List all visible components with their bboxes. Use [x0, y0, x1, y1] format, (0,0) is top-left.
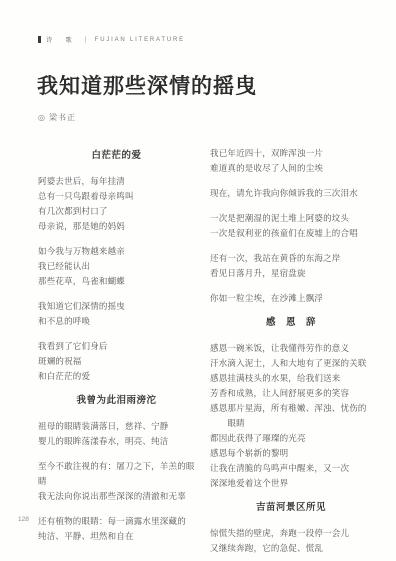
- poem-line: 现在，请允许我向你倾诉我的三次泪水: [210, 186, 372, 201]
- poem-line: 我看到了它们身后: [38, 339, 195, 354]
- poem-stanza: 惊慌失措的壁虎，奔跑一段停一会儿又继续奔跑，它的急促、慌乱: [210, 526, 372, 556]
- poem-line: 至今不敢注视的有：屠刀之下，羊羔的眼睛: [38, 459, 195, 489]
- poem-line: 我无法向你说出那些深深的清澈和无辜: [38, 489, 195, 504]
- poem-line: 眼睛: [210, 416, 372, 431]
- poem-line: 感恩一碗米饭，让我懂得劳作的意义: [210, 341, 372, 356]
- poem-line: 我已经能认出: [38, 259, 195, 274]
- poem-section-heading: 白茫茫的爱: [38, 149, 195, 164]
- poem-section-heading: 我曾为此泪雨滂沱: [38, 394, 195, 409]
- poem-section-heading: 吉苗河景区所见: [210, 501, 372, 516]
- poem-line: 祖母的眼睛装满落日，慈祥、宁静: [38, 419, 195, 434]
- poem-line: 如今我与万物越来越亲: [38, 244, 195, 259]
- poem-line: 又继续奔跑，它的急促、慌乱: [210, 541, 372, 556]
- poem-stanza: 一次是把潮湿的泥土堆上阿婆的坟头一次是叙利亚的孩童们在废墟上的合唱: [210, 211, 372, 241]
- poem-stanza: 阿婆去世后，每年挂清总有一只鸟跟着母亲鸣叫有几次都到村口了母亲说，那是她的妈妈: [38, 174, 195, 234]
- poem-line: 看见日落月升，星宿盘旋: [210, 266, 372, 281]
- running-head: 诗 歌 | FUJIAN LITERATURE: [38, 35, 185, 44]
- poem-column-left: 白茫茫的爱阿婆去世后，每年挂清总有一只鸟跟着母亲鸣叫有几次都到村口了母亲说，那是…: [38, 146, 195, 561]
- poem-line: 深深地爱着这个世界: [210, 476, 372, 491]
- author-line: ◎梁书正: [38, 112, 76, 123]
- author-name: 梁书正: [49, 113, 76, 122]
- page-title: 我知道那些深情的摇曳: [37, 70, 257, 100]
- poem-line: 还有植物的眼睛：每一滴露水里深藏的: [38, 514, 195, 529]
- poem-column-right: 我已年近四十，双眸浑浊一片难道真的是收尽了人间的尘埃现在，请允许我向你倾诉我的三…: [210, 146, 372, 561]
- poem-line: 纯洁、平静、坦然和自在: [38, 529, 195, 544]
- poem-line: 还有一次，我站在黄昏的东海之岸: [210, 251, 372, 266]
- poem-stanza: 你如一粒尘埃，在沙滩上飘浮: [210, 291, 372, 306]
- magazine-page: 诗 歌 | FUJIAN LITERATURE 我知道那些深情的摇曳 ◎梁书正 …: [0, 0, 396, 561]
- poem-line: 有几次都到村口了: [38, 204, 195, 219]
- poem-stanza: 至今不敢注视的有：屠刀之下，羊羔的眼睛我无法向你说出那些深深的清澈和无辜: [38, 459, 195, 504]
- running-head-divider: |: [85, 37, 88, 43]
- poem-line: 婴儿的眼眸荡漾春水，明亮、纯洁: [38, 434, 195, 449]
- running-head-magazine: FUJIAN LITERATURE: [95, 37, 185, 43]
- poem-line: 惊慌失措的壁虎，奔跑一段停一会儿: [210, 526, 372, 541]
- poem-line: 那些花草，鸟雀和蝴蝶: [38, 274, 195, 289]
- poem-line: 感恩挂满枝头的水果，给我们送来: [210, 371, 372, 386]
- poem-line: 阿婆去世后，每年挂清: [38, 174, 195, 189]
- poem-line: 让我在清脆的鸟鸣声中醒来，又一次: [210, 461, 372, 476]
- poem-section-heading: 感 恩 辞: [210, 316, 372, 331]
- poem-stanza: 我已年近四十，双眸浑浊一片难道真的是收尽了人间的尘埃: [210, 146, 372, 176]
- poem-stanza: 还有一次，我站在黄昏的东海之岸看见日落月升，星宿盘旋: [210, 251, 372, 281]
- poem-line: 母亲说，那是她的妈妈: [38, 219, 195, 234]
- page-number: 128: [18, 516, 29, 523]
- poem-line: 感恩每个崭新的黎明: [210, 446, 372, 461]
- poem-line: 我已年近四十，双眸浑浊一片: [210, 146, 372, 161]
- poem-stanza: 感恩一碗米饭，让我懂得劳作的意义汗水滴入泥土，人和大地有了更深的关联感恩挂满枝头…: [210, 341, 372, 491]
- poem-line: 总有一只鸟跟着母亲鸣叫: [38, 189, 195, 204]
- poem-line: 和不息的呼唤: [38, 314, 195, 329]
- poem-stanza: 我看到了它们身后斑斓的祝福和白茫茫的爱: [38, 339, 195, 384]
- poem-line: 斑斓的祝福: [38, 354, 195, 369]
- poem-line: 汗水滴入泥土，人和大地有了更深的关联: [210, 356, 372, 371]
- poem-line: 都因此获得了璀璨的光亮: [210, 431, 372, 446]
- poem-stanza: 如今我与万物越来越亲我已经能认出那些花草，鸟雀和蝴蝶: [38, 244, 195, 289]
- poem-stanza: 我知道它们深情的摇曳和不息的呼唤: [38, 299, 195, 329]
- poem-stanza: 还有植物的眼睛：每一滴露水里深藏的纯洁、平静、坦然和自在: [38, 514, 195, 544]
- poem-line: 感恩那片星海，所有稚嫩、浑浊、忧伤的: [210, 401, 372, 416]
- author-marker-icon: ◎: [38, 113, 46, 122]
- poem-columns: 白茫茫的爱阿婆去世后，每年挂清总有一只鸟跟着母亲鸣叫有几次都到村口了母亲说，那是…: [38, 146, 372, 561]
- poem-line: 难道真的是收尽了人间的尘埃: [210, 161, 372, 176]
- poem-line: 一次是叙利亚的孩童们在废墟上的合唱: [210, 226, 372, 241]
- poem-stanza: 祖母的眼睛装满落日，慈祥、宁静婴儿的眼眸荡漾春水，明亮、纯洁: [38, 419, 195, 449]
- poem-line: 和白茫茫的爱: [38, 369, 195, 384]
- poem-line: 我知道它们深情的摇曳: [38, 299, 195, 314]
- poem-stanza: 现在，请允许我向你倾诉我的三次泪水: [210, 186, 372, 201]
- running-head-category: 诗 歌: [46, 35, 78, 44]
- poem-line: 一次是把潮湿的泥土堆上阿婆的坟头: [210, 211, 372, 226]
- poem-line: 你如一粒尘埃，在沙滩上飘浮: [210, 291, 372, 306]
- section-marker-icon: [38, 36, 41, 43]
- poem-line: 芳香和成熟，让人间舒展更多的笑容: [210, 386, 372, 401]
